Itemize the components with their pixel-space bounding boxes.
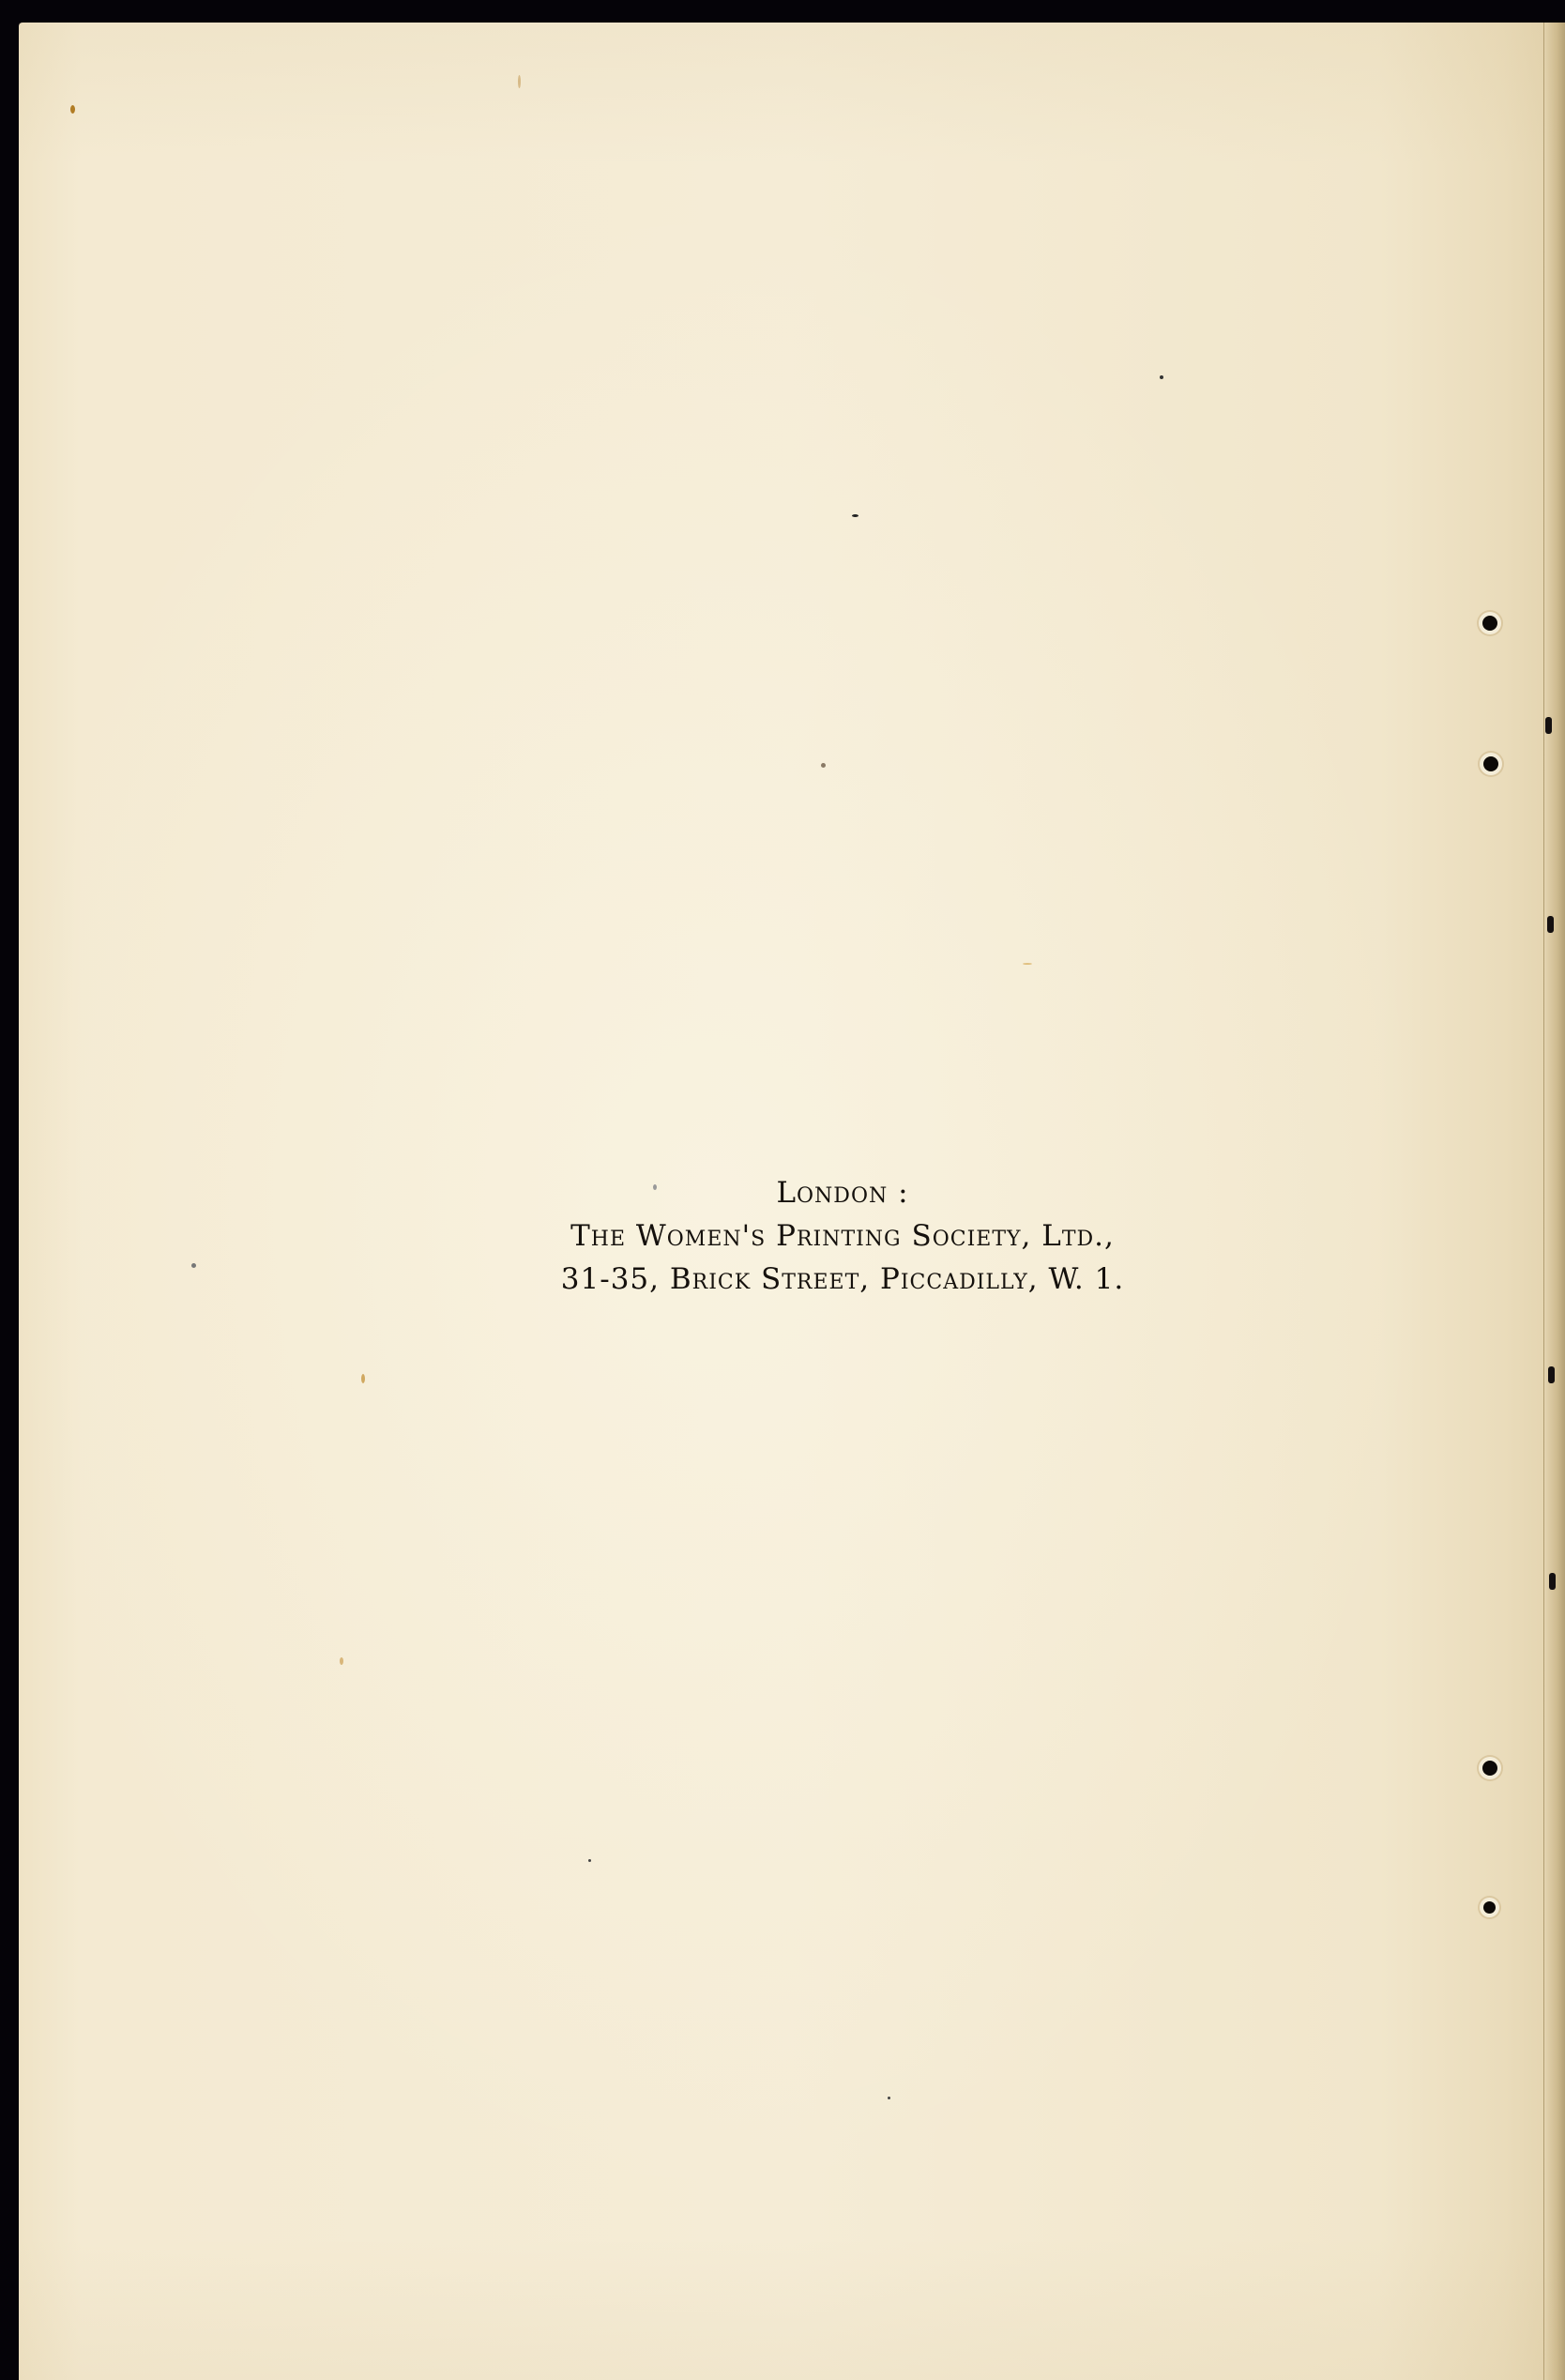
imprint-city: London : bbox=[60, 1171, 1565, 1214]
binding-hole bbox=[1482, 1761, 1497, 1776]
binding-hole bbox=[1483, 756, 1498, 771]
paper-fleck bbox=[1023, 963, 1032, 965]
imprint-printer-name: The Women's Printing Society, Ltd., bbox=[60, 1214, 1565, 1258]
paper-fleck bbox=[888, 2097, 890, 2099]
paper-fleck bbox=[340, 1657, 343, 1665]
edge-tear bbox=[1548, 1366, 1555, 1383]
edge-tear bbox=[1549, 1573, 1556, 1590]
printer-imprint: London : The Women's Printing Society, L… bbox=[0, 1171, 1565, 1301]
imprint-address: 31-35, Brick Street, Piccadilly, W. 1. bbox=[60, 1258, 1565, 1301]
edge-tear bbox=[1545, 717, 1552, 734]
binding-hole bbox=[1482, 616, 1497, 631]
paper-fleck bbox=[1160, 375, 1163, 379]
paper-fleck bbox=[588, 1859, 591, 1862]
paper-fleck bbox=[361, 1374, 365, 1383]
edge-tear bbox=[1547, 916, 1554, 933]
paper-fleck bbox=[518, 75, 521, 88]
paper-fleck bbox=[70, 105, 75, 114]
binding-hole bbox=[1483, 1901, 1496, 1914]
paper-fleck bbox=[852, 514, 858, 517]
paper-fleck bbox=[821, 763, 826, 768]
